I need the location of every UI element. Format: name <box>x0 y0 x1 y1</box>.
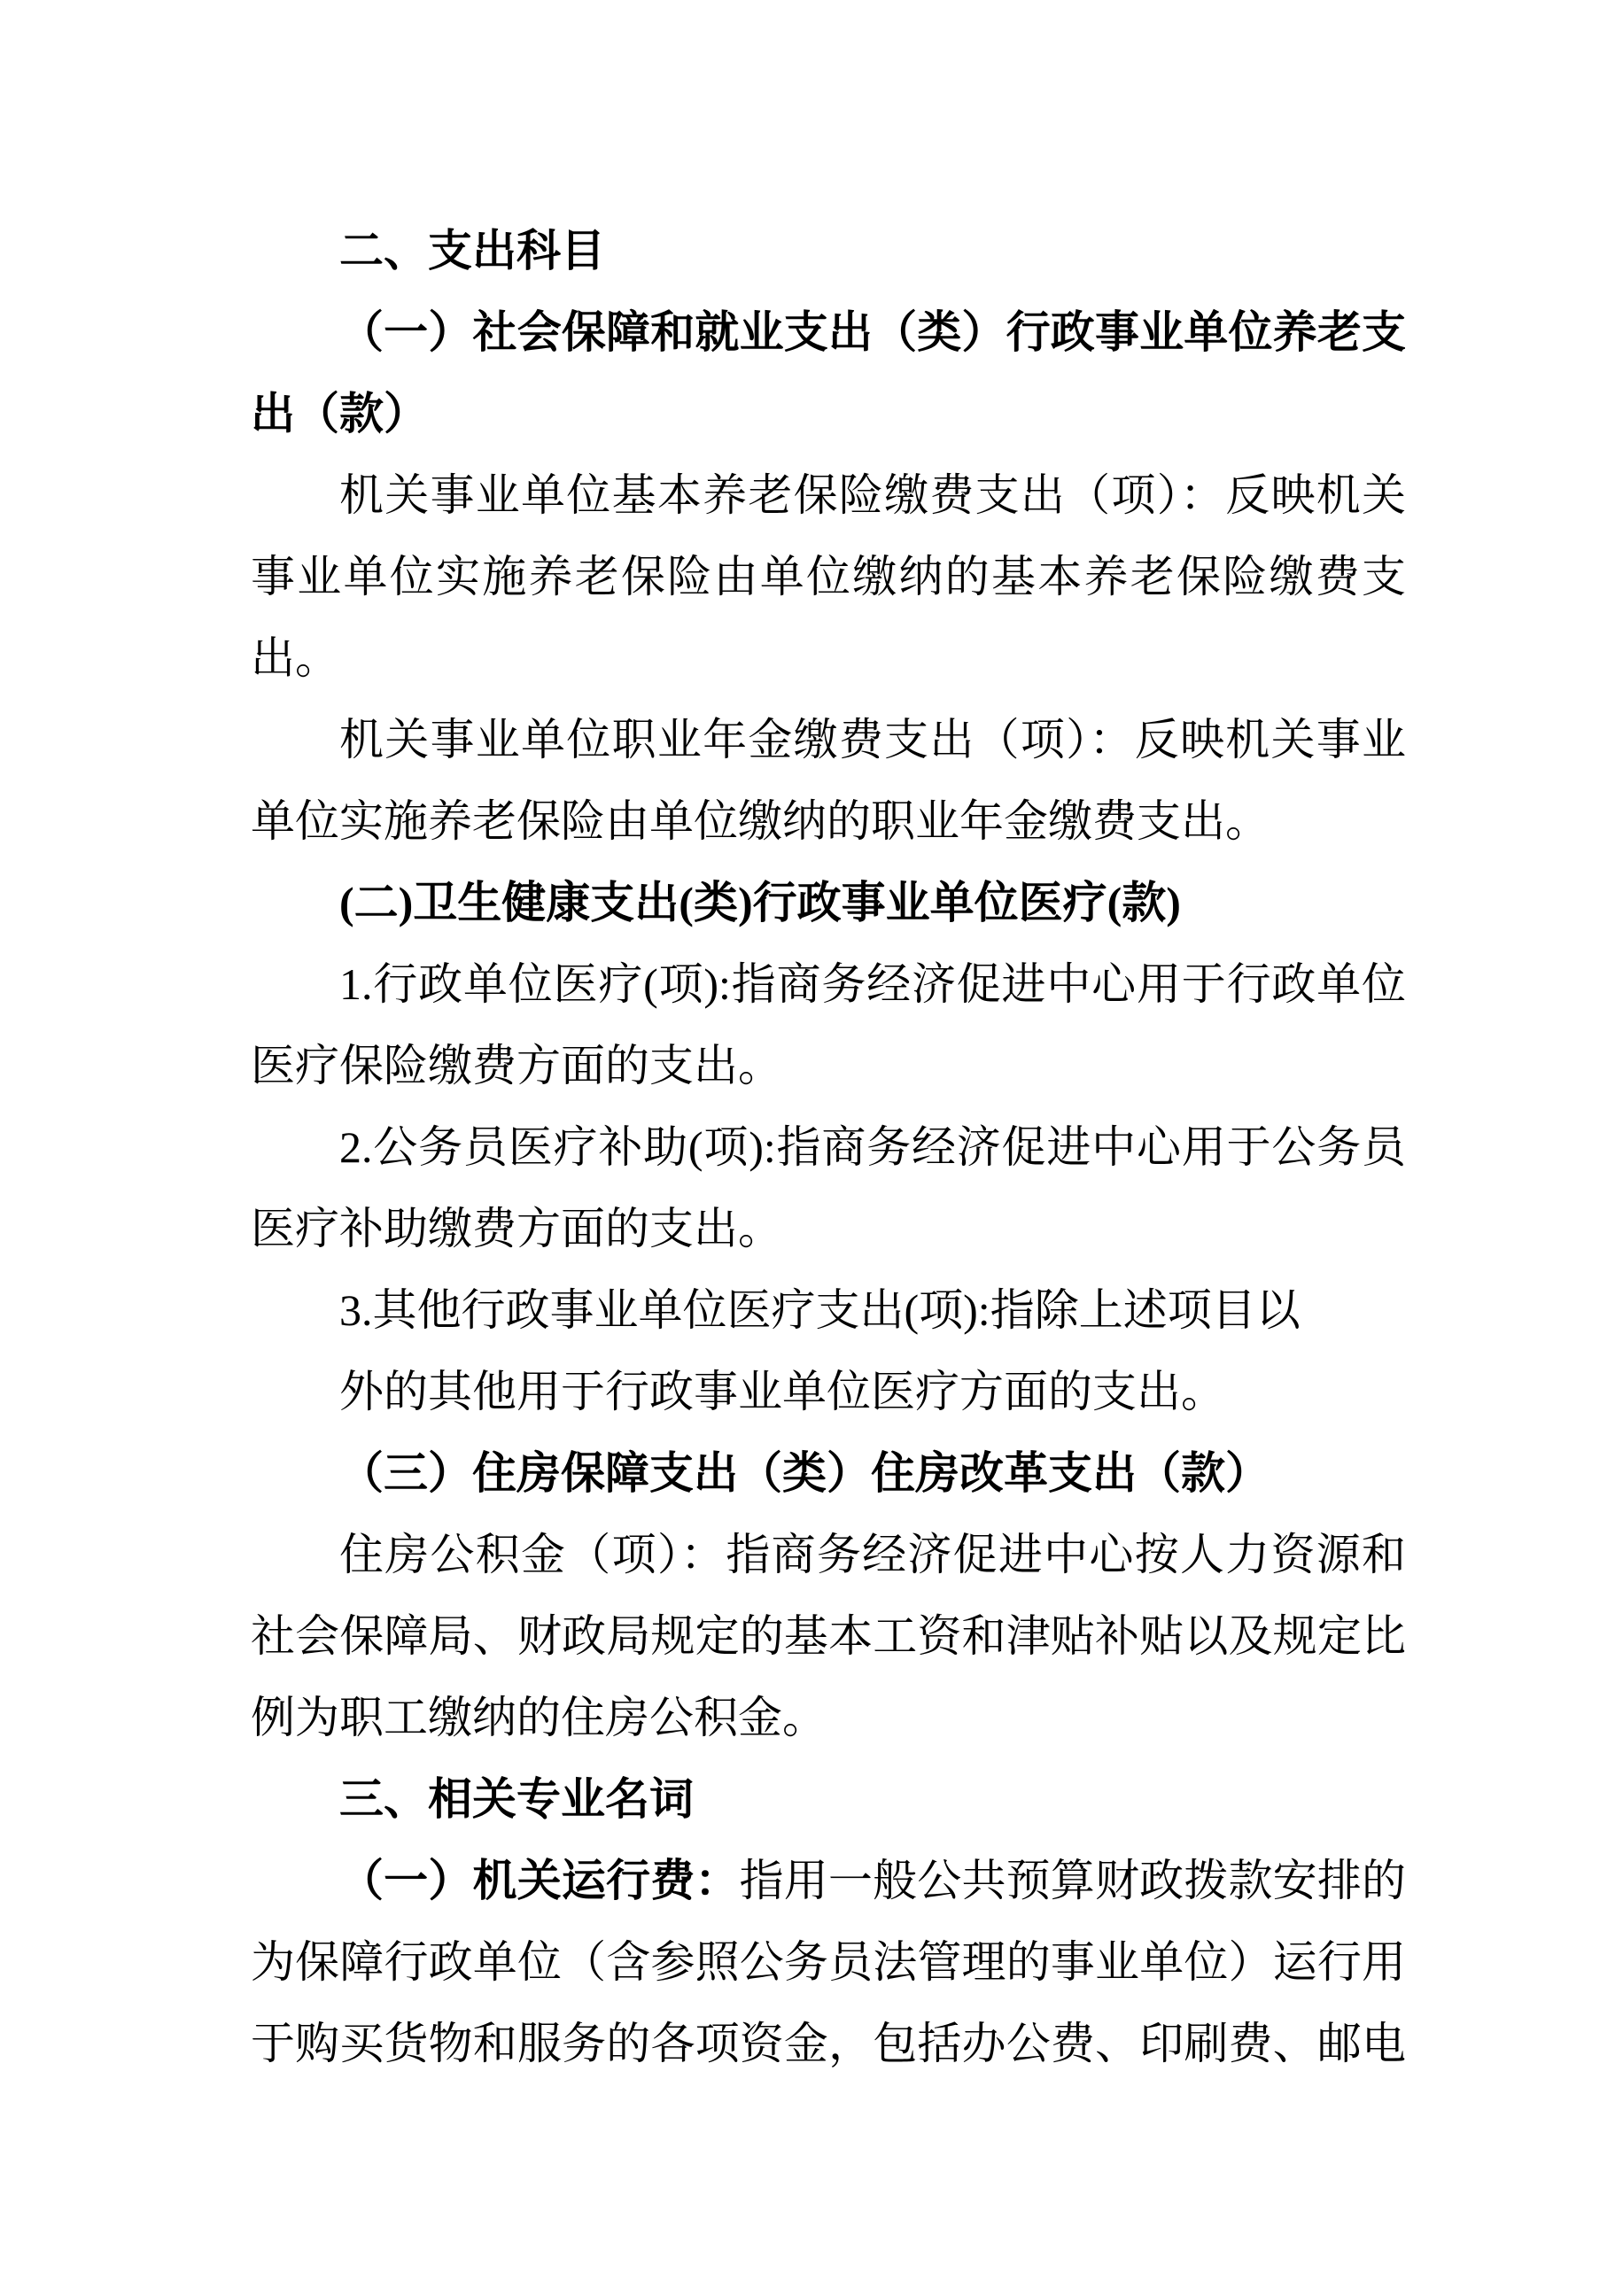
para-agency-operating-cost-line-1: （一）机关运行费：指用一般公共预算财政拨款安排的 <box>251 1840 1406 1921</box>
heading-item-2-health-expenditure: (二)卫生健康支出(类)行政事业单位医疗(款) <box>251 862 1406 943</box>
para-occupational-annuity-line-1: 机关事业单位职业年金缴费支出（项）：反映机关事业 <box>251 699 1406 780</box>
para-basic-pension-contribution-line-2: 事业单位实施养老保险由单位缴纳的基本养老保险缴费支 <box>251 536 1406 617</box>
para-other-medical-expenditure-line-2: 外的其他用于行政事业单位医疗方面的支出。 <box>251 1351 1406 1432</box>
term-definition-start: 指用一般公共预算财政拨款安排的 <box>740 1856 1406 1905</box>
document-page: 二、支出科目 （一）社会保障和就业支出（类）行政事业单位养老支 出（款） 机关事… <box>0 0 1623 2296</box>
heading-item-1-social-security-line-2: 出（款） <box>251 373 1406 454</box>
para-admin-unit-medical-line-1: 1.行政单位医疗(项):指商务经济促进中心用于行政单位 <box>251 943 1406 1025</box>
heading-item-1-social-security-line-1: （一）社会保障和就业支出（类）行政事业单位养老支 <box>251 291 1406 373</box>
para-agency-operating-cost-line-3: 于购买货物和服务的各项资金，包括办公费、印刷费、邮电 <box>251 2003 1406 2084</box>
para-agency-operating-cost-line-2: 为保障行政单位（含参照公务员法管理的事业单位）运行用 <box>251 1921 1406 2003</box>
para-civil-servant-medical-subsidy-line-1: 2.公务员医疗补助(项):指商务经济促进中心用于公务员 <box>251 1106 1406 1188</box>
para-housing-provident-fund-line-1: 住房公积金（项）：指商务经济促进中心按人力资源和 <box>251 1514 1406 1595</box>
term-label-agency-operating-cost: （一）机关运行费： <box>339 1856 740 1905</box>
para-basic-pension-contribution-line-1: 机关事业单位基本养老保险缴费支出（项）：反映机关 <box>251 454 1406 536</box>
heading-section-three-related-terms: 三、相关专业名词 <box>251 1758 1406 1840</box>
heading-item-3-housing-security: （三）住房保障支出（类）住房改革支出（款） <box>251 1432 1406 1514</box>
para-admin-unit-medical-line-2: 医疗保险缴费方面的支出。 <box>251 1025 1406 1106</box>
para-occupational-annuity-line-2: 单位实施养老保险由单位缴纳的职业年金缴费支出。 <box>251 780 1406 862</box>
para-basic-pension-contribution-line-3: 出。 <box>251 617 1406 699</box>
heading-section-two-expenditure-subjects: 二、支出科目 <box>251 210 1406 291</box>
para-housing-provident-fund-line-3: 例为职工缴纳的住房公积金。 <box>251 1677 1406 1758</box>
para-housing-provident-fund-line-2: 社会保障局、财政局规定的基本工资和津贴补贴以及规定比 <box>251 1595 1406 1677</box>
para-civil-servant-medical-subsidy-line-2: 医疗补助缴费方面的支出。 <box>251 1188 1406 1269</box>
para-other-medical-expenditure-line-1: 3.其他行政事业单位医疗支出(项):指除上述项目以 <box>251 1269 1406 1351</box>
